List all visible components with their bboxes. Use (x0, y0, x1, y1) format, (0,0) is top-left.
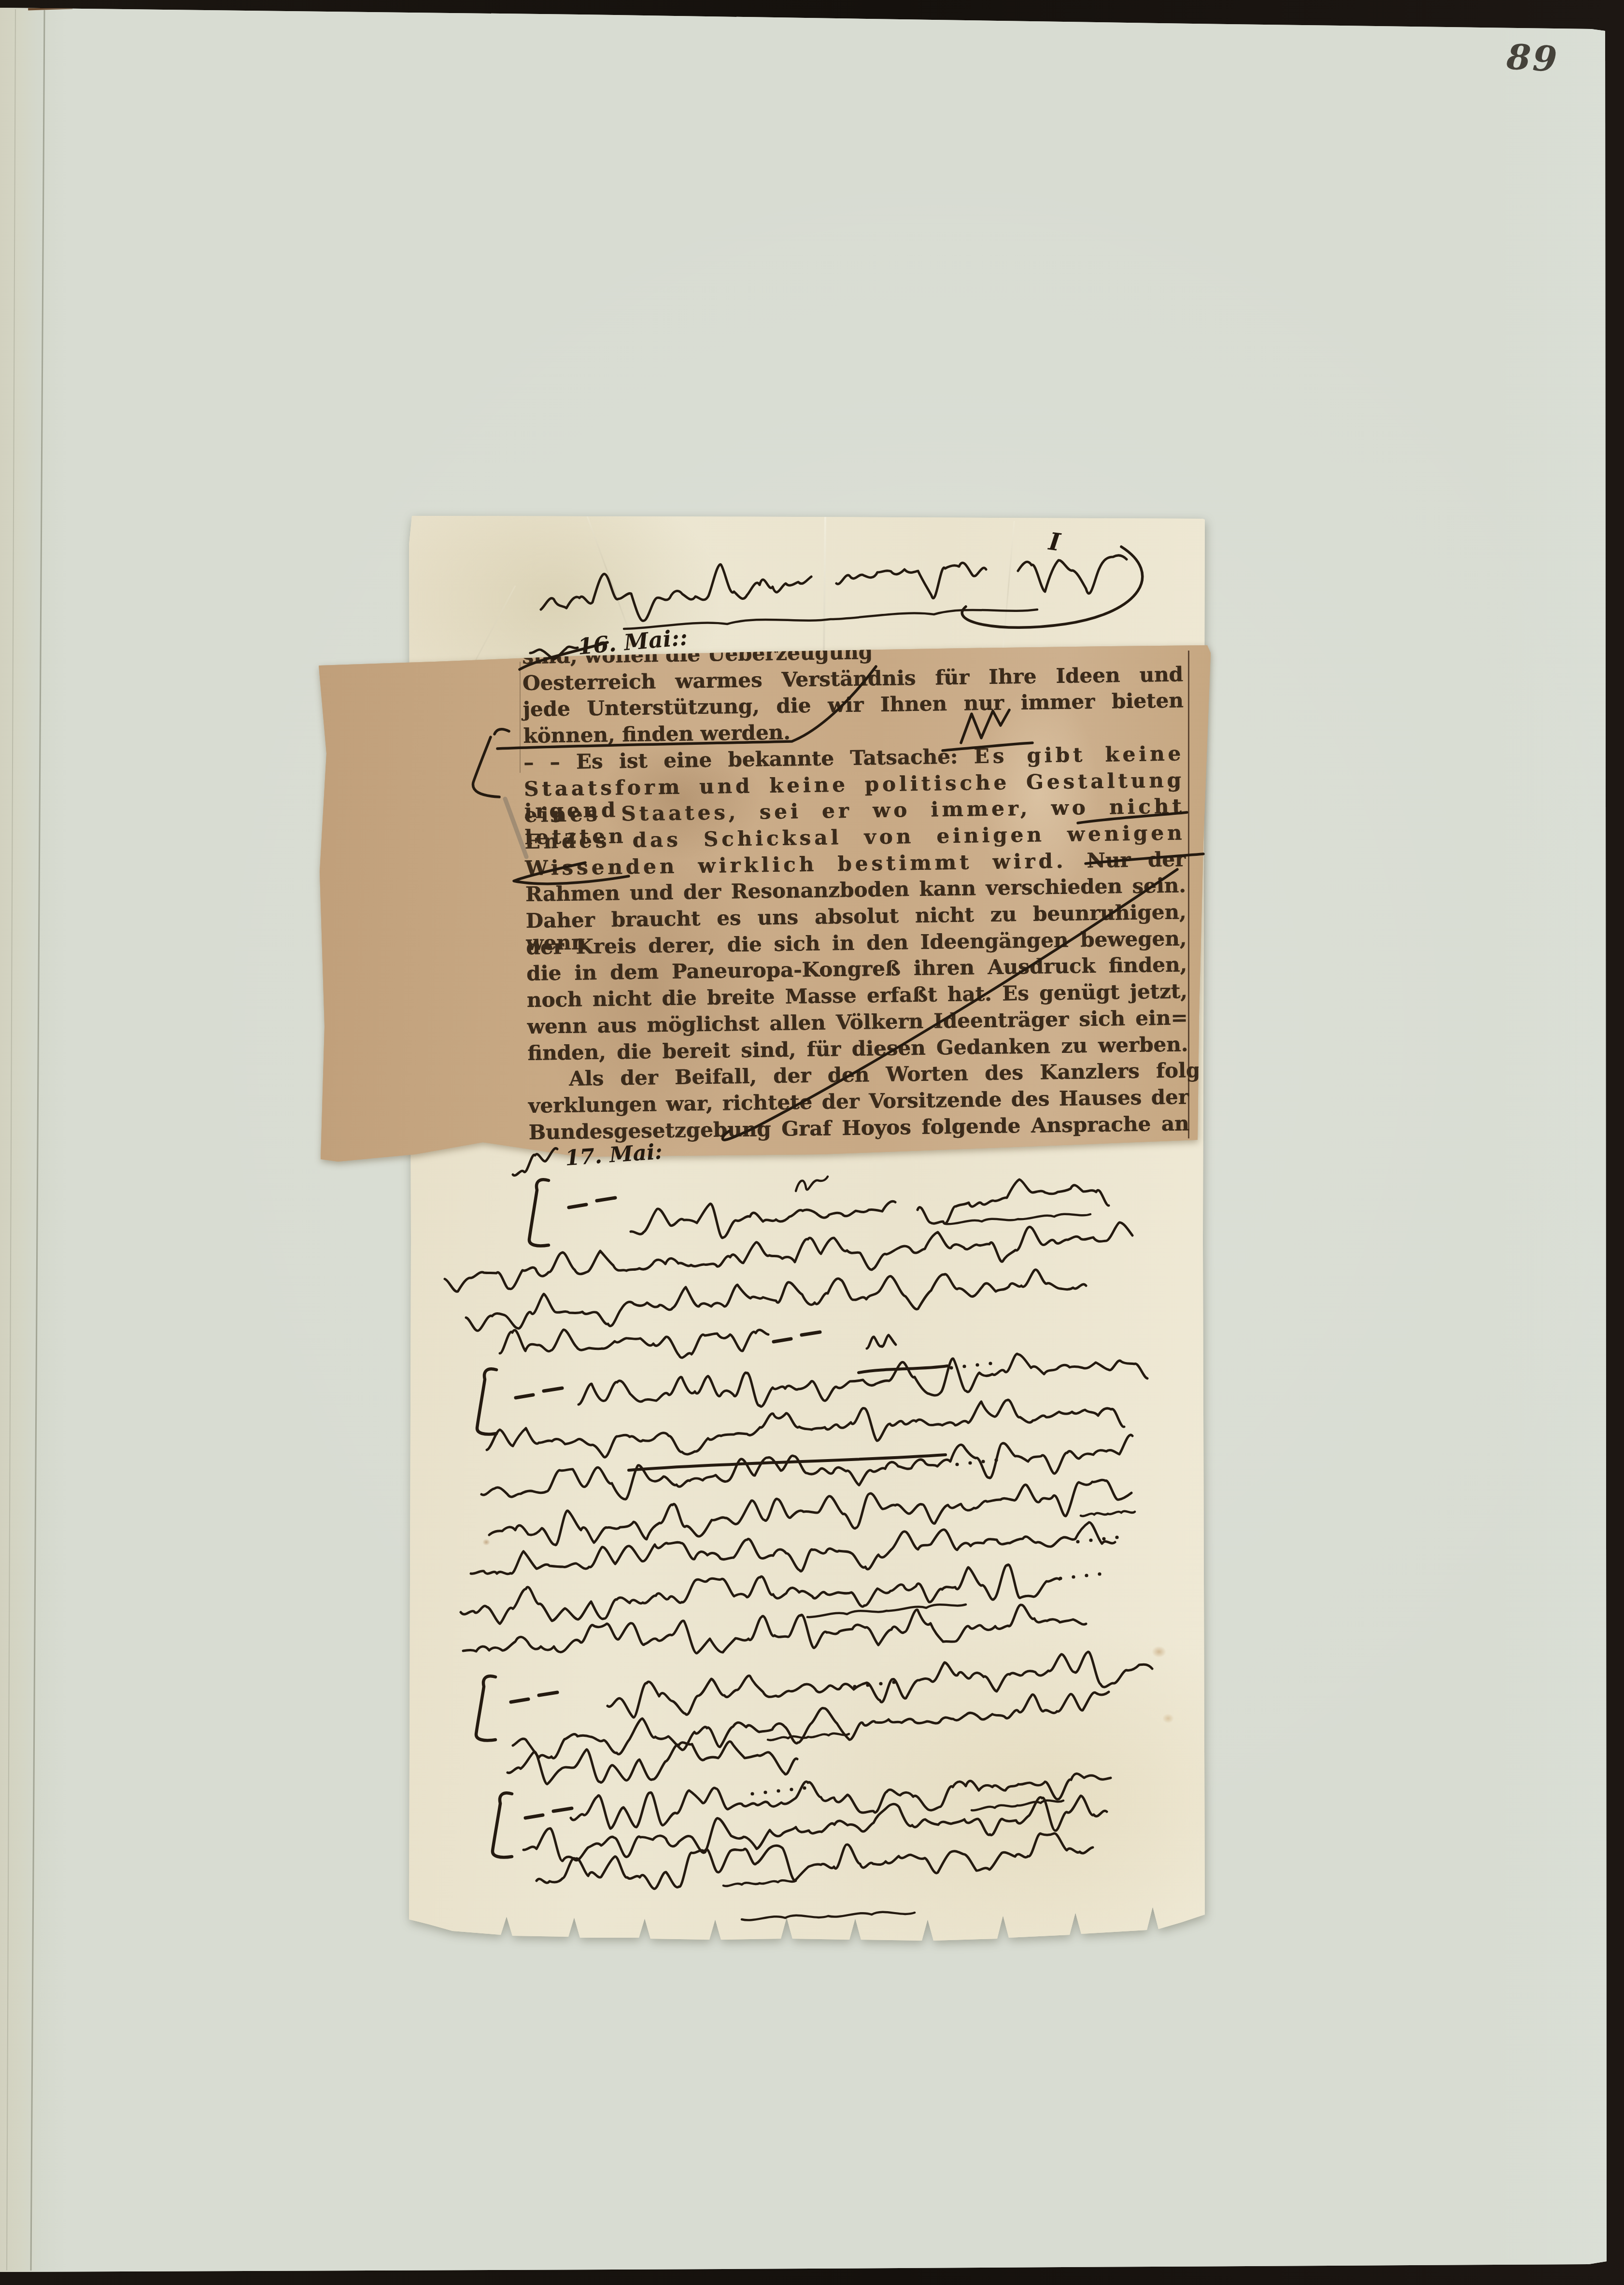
scanned-album-page: { "page": { "folio_number": "89", "descr… (0, 0, 1624, 2285)
ellipsis-dot (975, 1363, 979, 1366)
handwriting-uw (807, 1604, 966, 1617)
crossed-out-phrase (629, 1455, 946, 1470)
mark-w-underline (943, 743, 1032, 751)
date2-prefix-word (513, 1148, 557, 1175)
ellipsis-dot (1098, 1572, 1101, 1575)
handwriting-hand (487, 1400, 1124, 1457)
handwriting-hand (466, 1270, 1086, 1331)
ellipsis-dot (1085, 1574, 1088, 1577)
pencil-smudge (505, 799, 526, 857)
crossed-out-word (859, 1366, 947, 1373)
closing-flourish (742, 1912, 915, 1920)
ellipsis-dot (777, 1789, 780, 1792)
handwriting-da (569, 1198, 615, 1207)
handwriting-hand (461, 1565, 1059, 1624)
handwriting-layer (0, 0, 1624, 2285)
handwriting-da (511, 1692, 557, 1702)
ellipsis-dot (981, 1460, 985, 1463)
ellipsis-dot (803, 1786, 806, 1789)
handwriting-uw (723, 1880, 796, 1886)
ellipsis-dot (1076, 1540, 1079, 1543)
underline-letzten (1078, 812, 1187, 823)
ellipsis-dot (1059, 1576, 1062, 1580)
handwriting-hand (489, 1480, 1131, 1545)
ellipsis-dot (1115, 1535, 1118, 1539)
handwriting-hand (508, 1742, 797, 1784)
handwriting-hand (537, 1833, 1093, 1889)
album-page: 89 sind, wollen die UeberzeugungOesterre… (0, 0, 1624, 2285)
handwriting-hand (918, 1179, 1109, 1223)
handwriting-uw (1081, 1511, 1135, 1516)
header-word-3 (1018, 555, 1127, 594)
handwriting-da (525, 1808, 572, 1818)
handwriting-hand (579, 1354, 1147, 1406)
bracket-paragraph-3 (476, 1676, 495, 1740)
ellipsis-dot (968, 1461, 972, 1464)
handwriting-hand (463, 1605, 1086, 1653)
ellipsis-dot (949, 1366, 953, 1369)
header-flourish-loop (962, 547, 1143, 627)
handwriting-hand (513, 1692, 1109, 1758)
bracket-paragraph-2 (477, 1369, 496, 1434)
ellipsis-dot (989, 1362, 992, 1365)
strike-finden-werden (497, 667, 876, 749)
bracket-paragraph-4 (493, 1793, 512, 1857)
header-word-2 (836, 563, 986, 598)
ellipsis-dot (962, 1364, 966, 1368)
ellipsis-dot (994, 1458, 998, 1462)
ellipsis-dot (750, 1792, 754, 1795)
handwriting-uw (768, 1733, 849, 1740)
handwriting-hand (500, 1330, 768, 1358)
handwriting-hand (631, 1201, 895, 1238)
gutter-fold-line (31, 11, 44, 2270)
handwriting-da (774, 1332, 820, 1342)
clipping-margin-bracket (473, 729, 509, 797)
ellipsis-dot (892, 1680, 895, 1684)
handwriting-hand (867, 1335, 896, 1348)
ellipsis-dot (1072, 1575, 1075, 1578)
handwriting-hand (471, 1522, 1115, 1574)
page-edge-line (7, 10, 15, 2270)
handwriting-hand (481, 1435, 1132, 1499)
deletion-diagonal (722, 869, 1177, 1140)
ellipsis-dot (763, 1790, 767, 1794)
mark-w (961, 710, 1009, 743)
handwriting-da (516, 1388, 562, 1398)
handwriting-uw (972, 1801, 1063, 1811)
ellipsis-dot (1089, 1538, 1092, 1542)
strike-nur-der (1086, 854, 1203, 864)
ellipsis-dot (955, 1462, 959, 1466)
ellipsis-dot (790, 1788, 793, 1791)
flourish-endes (514, 863, 629, 884)
ellipsis-dot (853, 1685, 856, 1688)
header-word-1 (541, 565, 811, 621)
ellipsis-dot (1102, 1537, 1105, 1540)
correction-mark-note (796, 1177, 828, 1191)
ellipsis-dot (879, 1682, 882, 1685)
handwriting-uw (946, 1214, 1090, 1224)
bracket-paragraph-1 (529, 1179, 549, 1246)
ellipsis-dot (866, 1683, 869, 1687)
